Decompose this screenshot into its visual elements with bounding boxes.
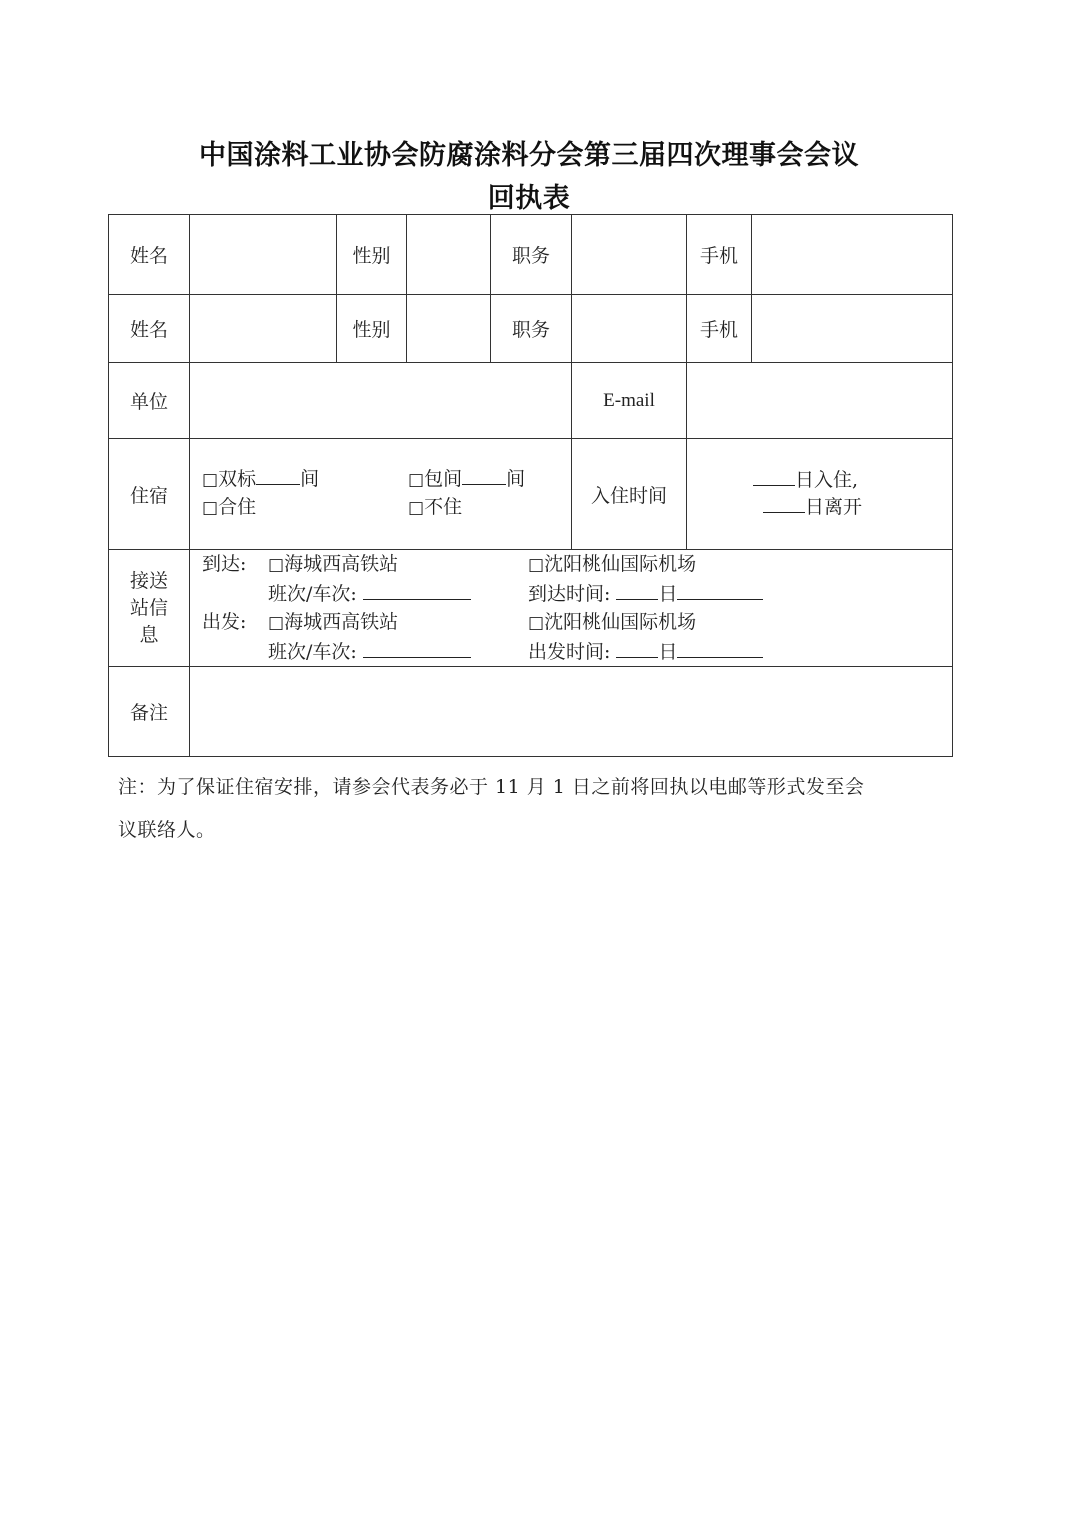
- remarks-field[interactable]: [190, 667, 953, 757]
- lodging-options: □双标间 □包间间 □合住 □不住: [190, 439, 572, 550]
- arrival-station-rail[interactable]: □海城西高铁站: [268, 550, 528, 580]
- checkbox-icon[interactable]: □: [408, 470, 424, 490]
- checkbox-icon[interactable]: □: [408, 498, 424, 518]
- receipt-form-table: 姓名 性别 职务 手机 姓名 性别 职务 手机 单位 E-mail 住宿 □双标…: [108, 214, 953, 757]
- name-label: 姓名: [109, 215, 190, 295]
- attendee-row-1: 姓名 性别 职务 手机: [109, 215, 953, 295]
- arrival-time-blank[interactable]: [677, 581, 763, 600]
- email-field[interactable]: [687, 363, 953, 439]
- remarks-label: 备注: [109, 667, 190, 757]
- departure-time-blank[interactable]: [677, 639, 763, 658]
- departure-details: 班次/车次: 出发时间: 日: [202, 638, 952, 667]
- name-field-2[interactable]: [190, 295, 337, 363]
- organization-row: 单位 E-mail: [109, 363, 953, 439]
- gender-label: 性别: [337, 215, 407, 295]
- position-field-2[interactable]: [572, 295, 687, 363]
- attendee-row-2: 姓名 性别 职务 手机: [109, 295, 953, 363]
- footnote: 注：为了保证住宿安排，请参会代表务必于 11 月 1 日之前将回执以电邮等形式发…: [118, 766, 948, 852]
- transfer-label: 接送 站信 息: [109, 550, 190, 667]
- lodging-option-private[interactable]: □包间间: [408, 466, 525, 494]
- departure-train-blank[interactable]: [363, 639, 471, 658]
- departure-station-airport[interactable]: □沈阳桃仙国际机场: [528, 608, 696, 638]
- arrival-details: 班次/车次: 到达时间: 日: [202, 580, 952, 609]
- organization-field[interactable]: [190, 363, 572, 439]
- phone-field-1[interactable]: [752, 215, 953, 295]
- position-label: 职务: [491, 215, 572, 295]
- phone-label: 手机: [687, 295, 752, 363]
- departure-stations: 出发: □海城西高铁站 □沈阳桃仙国际机场: [202, 608, 952, 638]
- remarks-row: 备注: [109, 667, 953, 757]
- transfer-info: 到达: □海城西高铁站 □沈阳桃仙国际机场 班次/车次: 到达时间: 日 出发:…: [190, 550, 953, 667]
- phone-field-2[interactable]: [752, 295, 953, 363]
- checkin-day-blank[interactable]: [753, 467, 795, 486]
- gender-field-2[interactable]: [407, 295, 491, 363]
- checkin-time-field: 日入住, 日离开: [687, 439, 953, 550]
- name-field-1[interactable]: [190, 215, 337, 295]
- arrival-train-blank[interactable]: [363, 581, 471, 600]
- gender-label: 性别: [337, 295, 407, 363]
- organization-label: 单位: [109, 363, 190, 439]
- email-label: E-mail: [572, 363, 687, 439]
- name-label: 姓名: [109, 295, 190, 363]
- lodging-row: 住宿 □双标间 □包间间 □合住 □不住: [109, 439, 953, 550]
- document-title: 中国涂料工业协会防腐涂料分会第三届四次理事会会议: [0, 133, 1058, 172]
- departure-station-rail[interactable]: □海城西高铁站: [268, 608, 528, 638]
- rooms-blank[interactable]: [256, 466, 300, 485]
- departure-day-blank[interactable]: [616, 639, 658, 658]
- lodging-option-none[interactable]: □不住: [408, 494, 462, 522]
- checkbox-icon[interactable]: □: [202, 470, 218, 490]
- transfer-row: 接送 站信 息 到达: □海城西高铁站 □沈阳桃仙国际机场 班次/车次: 到达时…: [109, 550, 953, 667]
- checkin-time-label: 入住时间: [572, 439, 687, 550]
- document-subtitle: 回执表: [0, 176, 1058, 215]
- position-label: 职务: [491, 295, 572, 363]
- arrival-station-airport[interactable]: □沈阳桃仙国际机场: [528, 550, 696, 580]
- position-field-1[interactable]: [572, 215, 687, 295]
- rooms-blank[interactable]: [462, 466, 506, 485]
- arrival-day-blank[interactable]: [616, 581, 658, 600]
- checkbox-icon[interactable]: □: [202, 498, 218, 518]
- lodging-label: 住宿: [109, 439, 190, 550]
- checkout-day-blank[interactable]: [763, 494, 805, 513]
- gender-field-1[interactable]: [407, 215, 491, 295]
- arrival-stations: 到达: □海城西高铁站 □沈阳桃仙国际机场: [202, 550, 952, 580]
- lodging-option-twin[interactable]: □双标间: [202, 466, 408, 494]
- phone-label: 手机: [687, 215, 752, 295]
- lodging-option-shared[interactable]: □合住: [202, 494, 408, 522]
